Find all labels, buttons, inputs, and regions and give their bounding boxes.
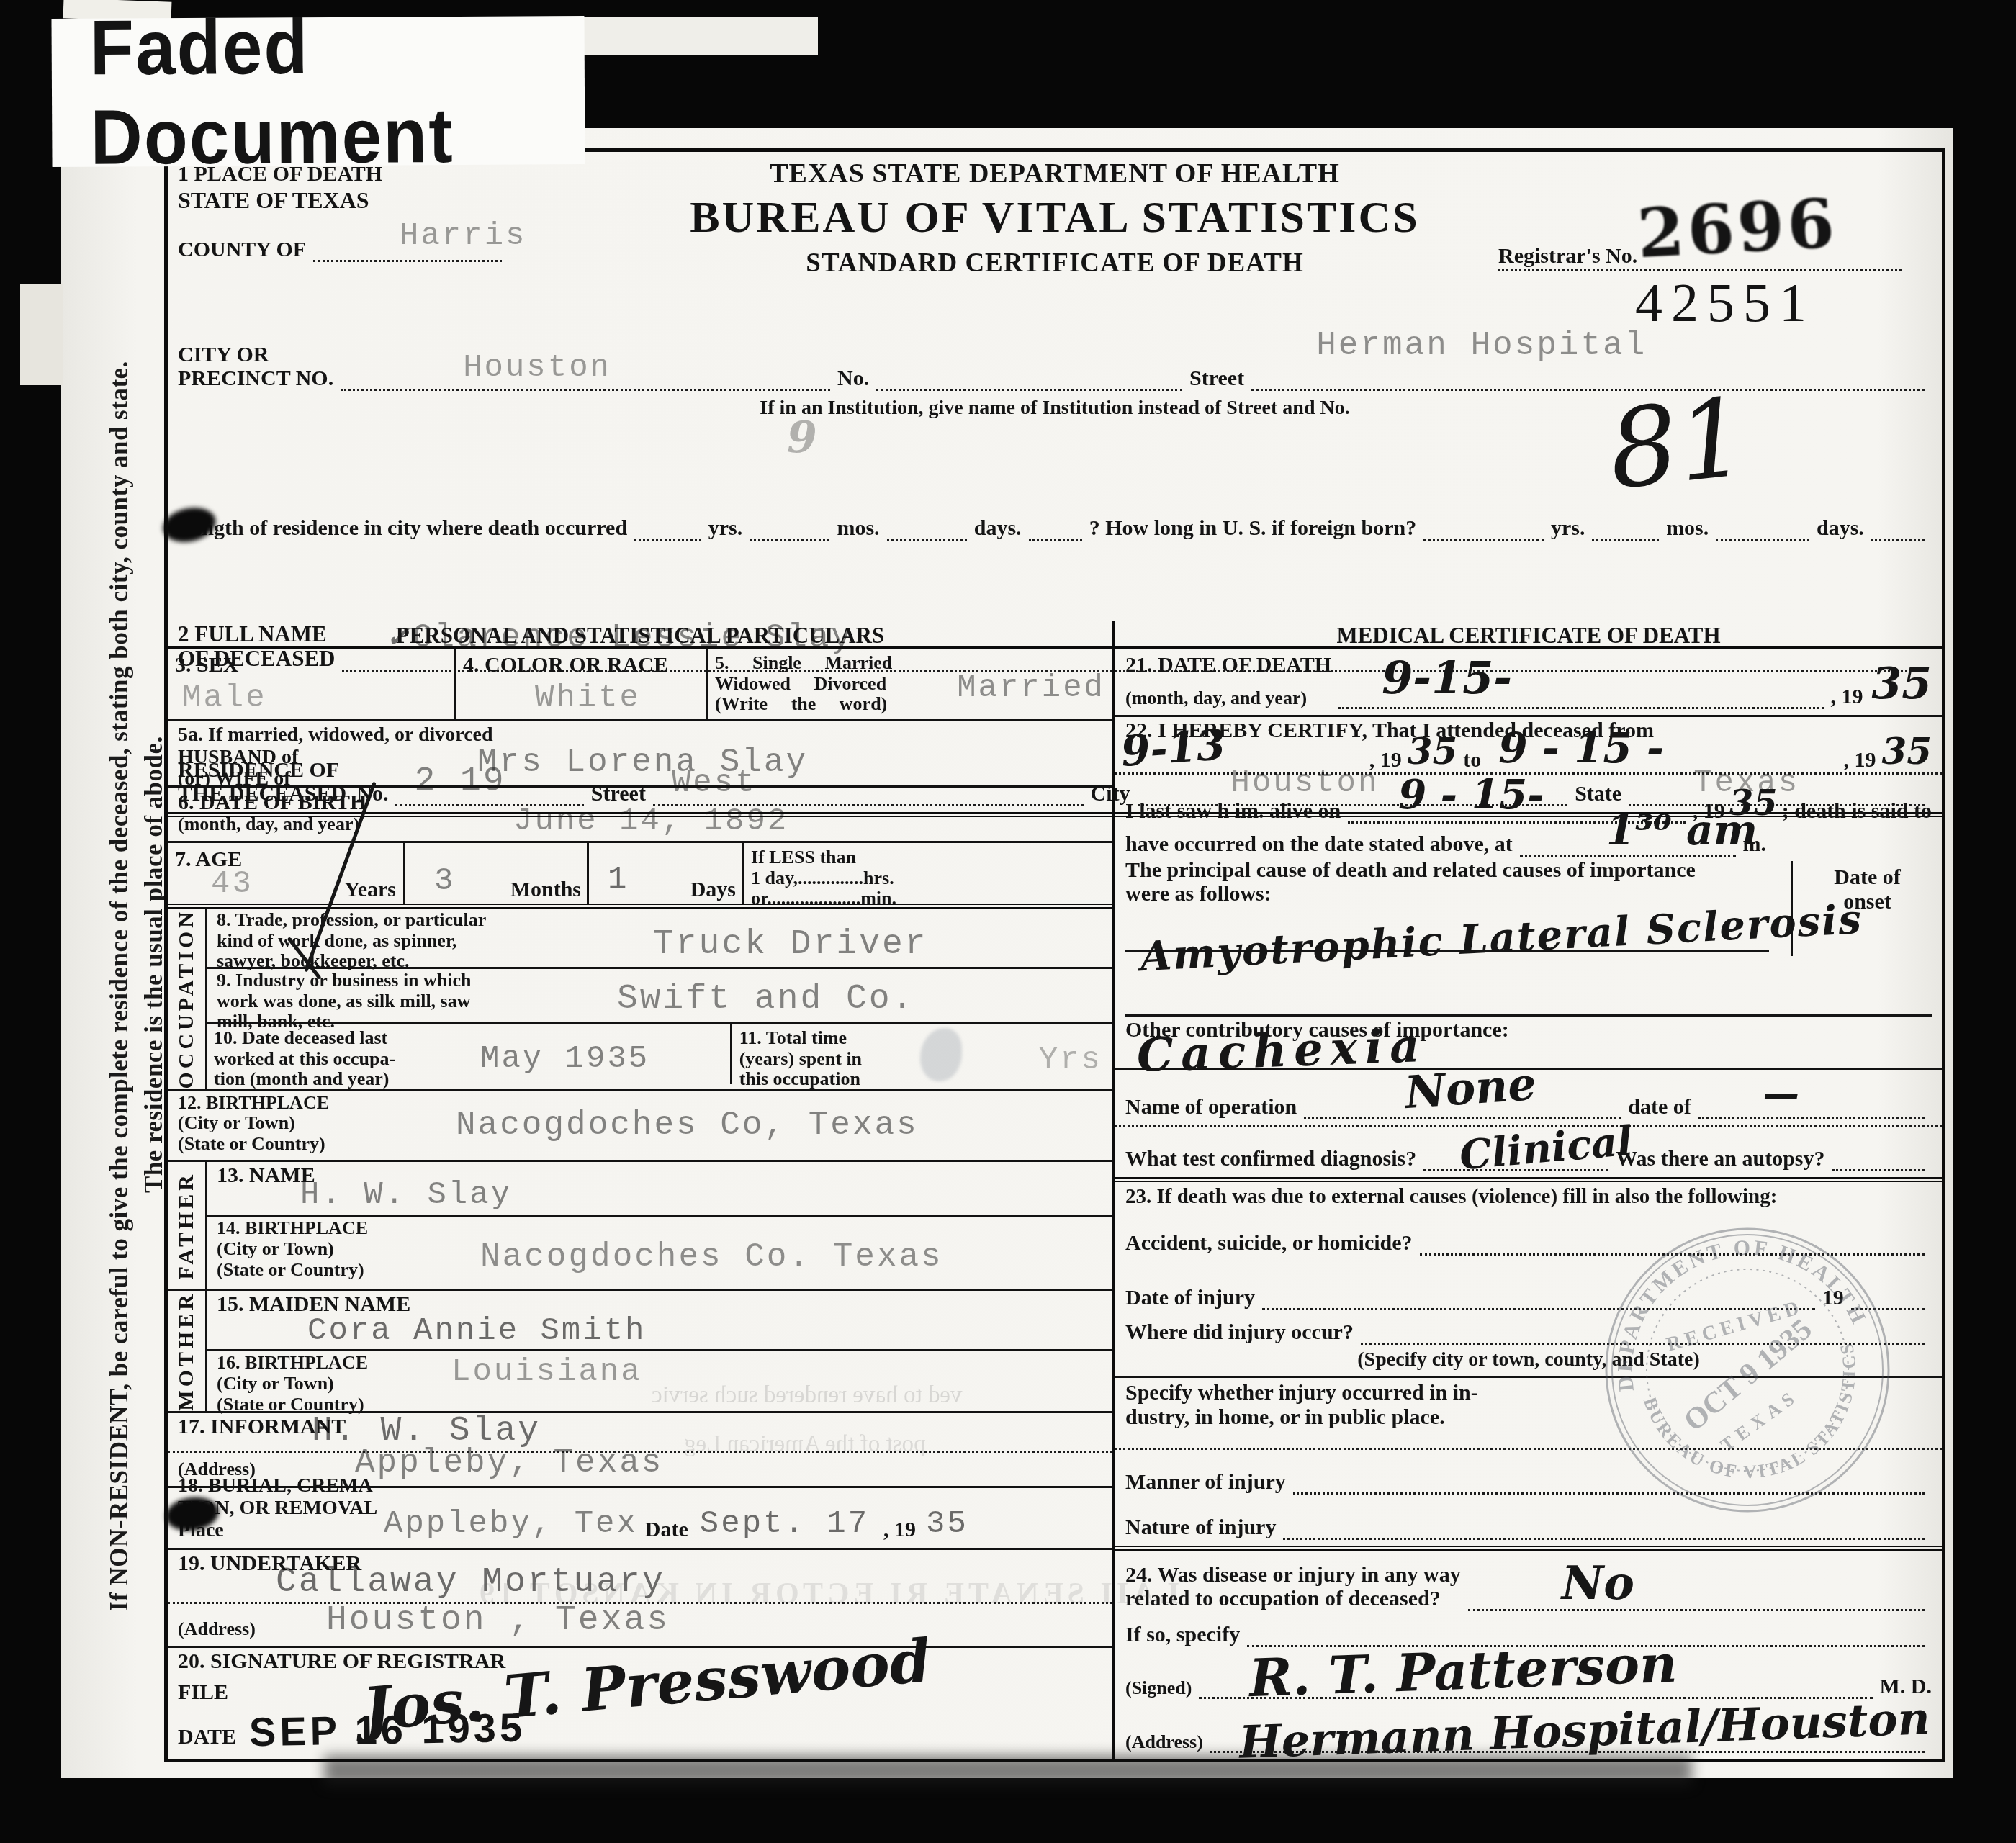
institution-note: If in an Institution, give name of Insti… (760, 397, 1349, 419)
diagnosis-row: What test confirmed diagnosis? Clinical … (1115, 1127, 1942, 1182)
from-year-value: 35 (1408, 730, 1458, 772)
age-days-value: 1 (608, 862, 629, 898)
attended-to-value: 9 - 15 - (1498, 724, 1664, 772)
mos-label-2: mos. (1666, 516, 1709, 541)
mother-group: MOTHER 15. MAIDEN NAME Cora Annie Smith … (168, 1291, 1112, 1413)
birthplace-value: Nacogdoches Co, Texas (456, 1107, 919, 1144)
len-line-1 (634, 531, 701, 541)
dob-labels: 6. DATE OF BIRTH (month, day, and year) (178, 790, 366, 835)
trade-row: 8. Trade, profession, or particular kind… (207, 909, 1112, 969)
age-less-label: If LESS than 1 day,..............hrs. or… (751, 847, 1105, 909)
len-line-2 (750, 531, 829, 541)
death-said-label: ; death is said to (1782, 799, 1932, 824)
race-cell: 4. COLOR OR RACE White (456, 649, 708, 719)
bleedthrough-line-2: post of the American Leg (684, 1431, 925, 1458)
autopsy-label: Was there an autopsy? (1616, 1147, 1824, 1171)
mother-side-cell: MOTHER (168, 1291, 207, 1411)
from-year-prefix: , 19 (1369, 748, 1402, 772)
father-group: FATHER 13. NAME H. W. Slay 14. BIRTHPLAC… (168, 1162, 1112, 1291)
father-bp-row: 14. BIRTHPLACE (City or Town) (State or … (207, 1217, 1112, 1289)
race-value: White (535, 680, 641, 716)
days-label-1: days. (974, 516, 1022, 541)
to-year-value: 35 (1881, 730, 1932, 772)
faded-document-label: Faded Document (51, 16, 585, 167)
handwritten-foreign-born-mark: 81 (1603, 375, 1752, 514)
date-of-line: — (1698, 1110, 1925, 1119)
test-label: What test confirmed diagnosis? (1125, 1147, 1416, 1171)
lastworked-value: May 1935 (480, 1041, 649, 1077)
date-of-label: date of (1628, 1095, 1691, 1119)
date-of-onset-box: Date of onset (1791, 861, 1942, 956)
department-title: TEXAS STATE DEPARTMENT OF HEALTH (623, 158, 1487, 189)
occupation-related-row: 24. Was disease or injury in any way rel… (1115, 1551, 1942, 1617)
bleedthrough-line-1: ved to have rendered such servic (652, 1382, 963, 1409)
last-saw-label: I last saw h im. alive on (1125, 799, 1341, 824)
to-label: to (1463, 748, 1481, 772)
certify-row: 22. I HEREBY CERTIFY, That I attended de… (1115, 717, 1942, 775)
signed-address-row: (Address) Hermann Hospital/Houston (1115, 1705, 1942, 1759)
burial-place-value: Appleby, Tex (384, 1506, 638, 1542)
accident-label: Accident, suicide, or homicide? (1125, 1231, 1413, 1256)
trade-label: 8. Trade, profession, or particular kind… (217, 910, 486, 972)
dod-year-value: 35 (1872, 659, 1932, 709)
occupation-side-label: OCCUPATION (174, 909, 199, 1089)
medical-column: MEDICAL CERTIFICATE OF DEATH 21. DATE OF… (1115, 621, 1942, 1759)
city-line: Houston (341, 382, 830, 391)
county-value: Harris (400, 218, 526, 254)
header-titles: TEXAS STATE DEPARTMENT OF HEALTH BUREAU … (623, 158, 1487, 279)
race-label: 4. COLOR OR RACE (463, 653, 698, 677)
nature-label: Nature of injury (1125, 1515, 1276, 1540)
dob-sub-label: (month, day, and year) (178, 814, 359, 834)
no-line (876, 382, 1182, 391)
occupation-side-cell: OCCUPATION (168, 909, 207, 1089)
margin-instruction-outer: If NON-RESIDENT, be careful to give the … (105, 216, 134, 1757)
marital-value: Married (957, 670, 1105, 706)
spouse-label: 5a. If married, widowed, or divorced HUS… (178, 724, 493, 790)
where-label: Where did injury occur? (1125, 1320, 1354, 1345)
to-year-prefix: , 19 (1843, 748, 1876, 772)
marital-cell: 5. Single Married Widowed Divorced (Writ… (708, 649, 1112, 719)
age-days-label: Days (690, 878, 736, 902)
trade-value: Truck Driver (653, 925, 928, 964)
totaltime-value: Yrs (1039, 1042, 1102, 1078)
undertaker-address-label: (Address) (178, 1619, 256, 1640)
street-line: Herman Hospital (1251, 382, 1925, 391)
registrar-signature-row: 20. SIGNATURE OF REGISTRAR FILE DATE SEP… (168, 1648, 1112, 1759)
injury-date-label: Date of injury (1125, 1286, 1255, 1310)
age-months-label: Months (510, 878, 581, 902)
burial-date-value: Sept. 17 (700, 1506, 869, 1542)
len-line-5 (1423, 531, 1544, 541)
length-label: Length of residence in city where death … (178, 516, 627, 541)
burial-year-value: 35 (926, 1506, 968, 1542)
foreign-born-label: ? How long in U. S. if foreign born? (1089, 516, 1417, 541)
dod-value: 9-15- (1382, 652, 1512, 704)
date-of-value: — (1763, 1072, 1799, 1114)
father-bp-value: Nacogdoches Co. Texas (480, 1238, 943, 1276)
father-rows: 13. NAME H. W. Slay 14. BIRTHPLACE (City… (207, 1162, 1112, 1289)
dod-sub-label: (month, day, and year) (1125, 688, 1307, 708)
industry-row: 9. Industry or business in which work wa… (207, 969, 1112, 1024)
len-line-6 (1592, 531, 1659, 541)
dob-value: June 14, 1892 (513, 803, 788, 839)
specify-injury-label: Specify whether injury occurred in in- d… (1125, 1381, 1478, 1429)
contributory-value: Cachexia (1136, 1019, 1428, 1083)
father-name-row: 13. NAME H. W. Slay (207, 1162, 1112, 1217)
scanned-death-certificate: { "label": { "title": "Faded Document" }… (0, 0, 2016, 1843)
len-line-4 (1029, 531, 1082, 541)
age-days-cell: 1 Days (589, 843, 744, 904)
cause-of-death-block: have occurred on the date stated above, … (1115, 829, 1942, 1017)
dod-year-prefix: , 19 (1831, 685, 1863, 709)
principal-cause-value: Amyotrophic Lateral Sclerosis (1139, 896, 1863, 981)
certificate-title: STANDARD CERTIFICATE OF DEATH (623, 248, 1487, 279)
sex-value: Male (182, 680, 267, 716)
burial-date-label: Date (645, 1518, 688, 1542)
age-label: 7. AGE (175, 847, 396, 872)
date-of-onset-label: Date of onset (1834, 865, 1900, 914)
occupation-related-line: No (1468, 1602, 1925, 1611)
yrs-label-2: yrs. (1551, 516, 1585, 541)
bureau-title: BUREAU OF VITAL STATISTICS (623, 192, 1487, 243)
age-row: 7. AGE 43 Years 3 Months 1 Days If LESS … (168, 843, 1112, 909)
father-side-label: FATHER (174, 1171, 199, 1280)
county-line: Harris (313, 253, 502, 262)
operation-line: None (1304, 1110, 1621, 1119)
lastworked-cell: 10. Date deceased last worked at this oc… (207, 1024, 732, 1084)
birthplace-label: 12. BIRTHPLACE (City or Town) (State or … (178, 1093, 329, 1155)
age-months-value: 3 (434, 863, 455, 899)
age-less-cell: If LESS than 1 day,..............hrs. or… (744, 843, 1112, 904)
age-years-cell: 7. AGE 43 Years (168, 843, 405, 904)
nature-line (1283, 1531, 1925, 1540)
test-line: Clinical (1423, 1162, 1608, 1171)
autopsy-line (1832, 1162, 1925, 1171)
len-line-3 (887, 531, 967, 541)
attended-from-value: 9-13 (1120, 720, 1228, 776)
spouse-value: Mrs Lorena Slay (477, 744, 808, 781)
age-years-value: 43 (211, 866, 253, 902)
mother-name-value: Cora Annie Smith (307, 1313, 646, 1349)
dob-row: 6. DATE OF BIRTH (month, day, and year) … (168, 788, 1112, 843)
age-years-label: Years (344, 878, 396, 902)
len-line-7 (1716, 531, 1809, 541)
dod-label: 21. DATE OF DEATH (1125, 653, 1331, 677)
registrar-typed-number: 42551 (1635, 272, 1930, 335)
signed-address-label: (Address) (1125, 1732, 1203, 1753)
manner-label: Manner of injury (1125, 1470, 1286, 1495)
street-label: Street (1189, 366, 1244, 391)
industry-value: Swift and Co. (617, 980, 914, 1019)
mother-side-label: MOTHER (174, 1291, 199, 1411)
registrar-no-block: Registrar's No. 2696 42551 (1498, 189, 1930, 335)
occupation-related-value: No (1562, 1556, 1634, 1610)
dob-label: 6. DATE OF BIRTH (178, 790, 366, 814)
cause-rule-1 (1125, 950, 1769, 952)
external-causes-label: 23. If death was due to external causes … (1125, 1185, 1777, 1208)
father-name-value: H. W. Slay (300, 1177, 512, 1213)
paper-side-tab (20, 284, 63, 385)
informant-address-value: Appleby, Texas (355, 1444, 663, 1482)
operation-label: Name of operation (1125, 1095, 1297, 1119)
birthplace-row: 12. BIRTHPLACE (City or Town) (State or … (168, 1091, 1112, 1163)
yrs-label-1: yrs. (708, 516, 743, 541)
mother-bp-value: Louisiana (451, 1354, 642, 1390)
sex-label: 3. SEX (175, 653, 446, 677)
registrar-no-label: Registrar's No. (1498, 244, 1637, 269)
dod-line: 9-15- (1338, 700, 1823, 709)
burial-row: 18. BURIAL, CREMA- TION, OR REMOVAL Plac… (168, 1488, 1112, 1550)
lastworked-totaltime-row: 10. Date deceased last worked at this oc… (207, 1024, 1112, 1084)
if-so-label: If so, specify (1125, 1623, 1240, 1647)
signed-address-line: Hermann Hospital/Houston (1210, 1744, 1925, 1753)
industry-label: 9. Industry or business in which work wa… (217, 970, 472, 1032)
father-bp-label: 14. BIRTHPLACE (City or Town) (State or … (217, 1218, 368, 1280)
city-precinct-label: CITY OR PRECINCT NO. (178, 343, 333, 391)
mother-name-row: 15. MAIDEN NAME Cora Annie Smith (207, 1291, 1112, 1351)
registrar-stamped-number: 2696 (1636, 184, 1840, 274)
city-value: Houston (463, 350, 611, 386)
handwritten-nine: 9 (787, 413, 817, 463)
occurred-line: 1³⁰ am (1520, 847, 1736, 857)
sex-race-marital-row: 3. SEX Male 4. COLOR OR RACE White 5. Si… (168, 649, 1112, 721)
state-of-texas-label: STATE OF TEXAS (178, 188, 509, 214)
occupation-rows: 8. Trade, profession, or particular kind… (207, 909, 1112, 1089)
occurred-time-value: 1³⁰ am (1606, 806, 1758, 855)
len-line-8 (1871, 531, 1925, 541)
bleedthrough-line-3: LAII SENATE RI ECTOR IN KANSOT 19 (475, 1577, 1179, 1611)
mos-label-1: mos. (837, 516, 879, 541)
medical-title: MEDICAL CERTIFICATE OF DEATH (1115, 621, 1942, 649)
occupation-group: OCCUPATION 8. Trade, profession, or part… (168, 909, 1112, 1091)
personal-title: PERSONAL AND STATISTICAL PARTICULARS (168, 621, 1112, 649)
date-of-death-row: 21. DATE OF DEATH (month, day, and year)… (1115, 649, 1942, 717)
sex-cell: 3. SEX Male (168, 649, 456, 719)
spouse-row: 5a. If married, widowed, or divorced HUS… (168, 721, 1112, 788)
signed-label: (Signed) (1125, 1678, 1192, 1699)
paper-edge-strip (580, 17, 818, 55)
faded-document-title: Faded Document (90, 1, 590, 182)
last-saw-value: 9 - 15- (1398, 771, 1544, 819)
father-side-cell: FATHER (168, 1162, 207, 1289)
date-label: DATE (178, 1725, 236, 1749)
dod-labels: 21. DATE OF DEATH (month, day, and year) (1125, 653, 1331, 709)
last-saw-row: I last saw h im. alive on 9 - 15- , 19 3… (1115, 775, 1942, 829)
age-months-cell: 3 Months (405, 843, 589, 904)
burial-year-prefix: , 19 (883, 1518, 916, 1542)
occurred-label: have occurred on the date stated above, … (1125, 832, 1513, 857)
days-label-2: days. (1817, 516, 1864, 541)
mother-bp-label: 16. BIRTHPLACE (City or Town) (State or … (217, 1353, 368, 1415)
institution-value: Herman Hospital (1316, 327, 1647, 364)
no-label: No. (837, 366, 869, 391)
county-of-label: COUNTY OF (178, 238, 306, 262)
nature-row: Nature of injury (1115, 1500, 1942, 1551)
